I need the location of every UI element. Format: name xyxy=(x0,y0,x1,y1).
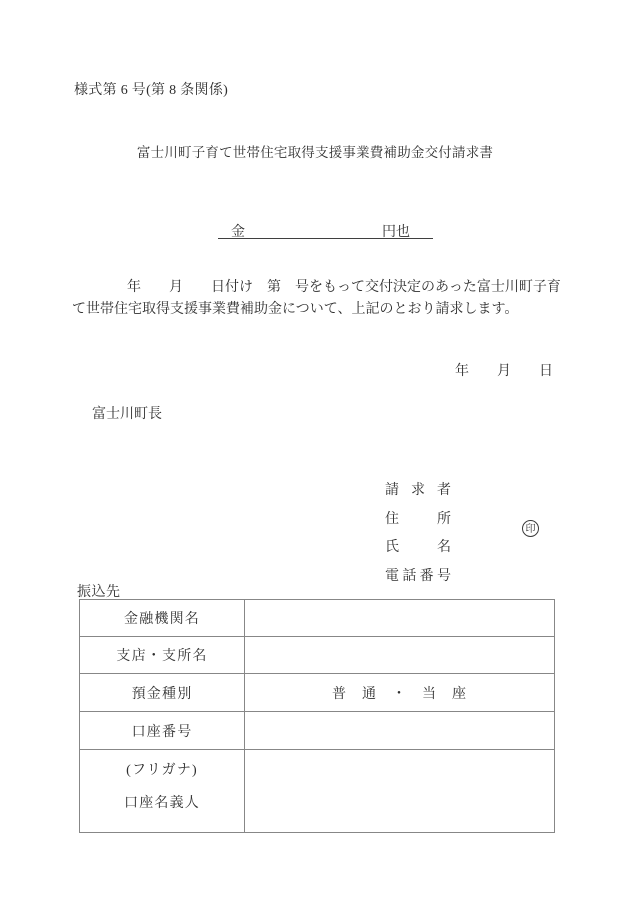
account-number-label: 口座番号 xyxy=(80,712,245,750)
date-placeholder: 年 月 日 xyxy=(455,360,553,380)
table-row-bank-name: 金融機関名 xyxy=(80,600,555,637)
furigana-label: (フリガナ) xyxy=(80,759,244,779)
table-row-account-number: 口座番号 xyxy=(80,712,555,750)
branch-name-value-cell xyxy=(245,637,555,674)
account-holder-label: 口座名義人 xyxy=(80,792,244,812)
branch-name-label: 支店・支所名 xyxy=(80,637,245,674)
account-type-options: 普 通 ・ 当 座 xyxy=(245,674,555,712)
seal-stamp-mark: 印 xyxy=(522,520,539,537)
table-row-account-type: 預金種別 普 通 ・ 当 座 xyxy=(80,674,555,712)
requester-block: 請求者 住所 氏名 電話番号 xyxy=(385,477,451,591)
table-row-branch-name: 支店・支所名 xyxy=(80,637,555,674)
table-row-account-holder: (フリガナ) 口座名義人 xyxy=(80,750,555,833)
form-number: 様式第 6 号(第 8 条関係) xyxy=(74,79,228,99)
bank-transfer-section-label: 振込先 xyxy=(77,581,121,601)
amount-prefix-label: 金 xyxy=(231,221,245,241)
requester-phone-label: 電話番号 xyxy=(385,563,451,592)
requester-name-label: 氏名 xyxy=(385,534,451,563)
bank-name-value-cell xyxy=(245,600,555,637)
request-statement: 年 月 日付け 第 号をもって交付決定のあった富士川町子育て世帯住宅取得支援事業… xyxy=(72,277,569,321)
requester-address-label: 住所 xyxy=(385,506,451,535)
account-type-label: 預金種別 xyxy=(80,674,245,712)
addressee-mayor: 富士川町長 xyxy=(92,403,162,423)
account-holder-label-cell: (フリガナ) 口座名義人 xyxy=(80,750,245,833)
amount-underline-field: 金 円也 xyxy=(218,219,433,239)
account-number-value-cell xyxy=(245,712,555,750)
amount-suffix-label: 円也 xyxy=(382,221,410,241)
bank-name-label: 金融機関名 xyxy=(80,600,245,637)
requester-role-label: 請求者 xyxy=(385,477,451,506)
account-holder-value-cell xyxy=(245,750,555,833)
document-title: 富士川町子育て世帯住宅取得支援事業費補助金交付請求書 xyxy=(0,141,630,161)
bank-transfer-table: 金融機関名 支店・支所名 預金種別 普 通 ・ 当 座 口座番号 (フリガナ) … xyxy=(79,599,555,833)
document-page: 様式第 6 号(第 8 条関係) 富士川町子育て世帯住宅取得支援事業費補助金交付… xyxy=(0,0,630,903)
